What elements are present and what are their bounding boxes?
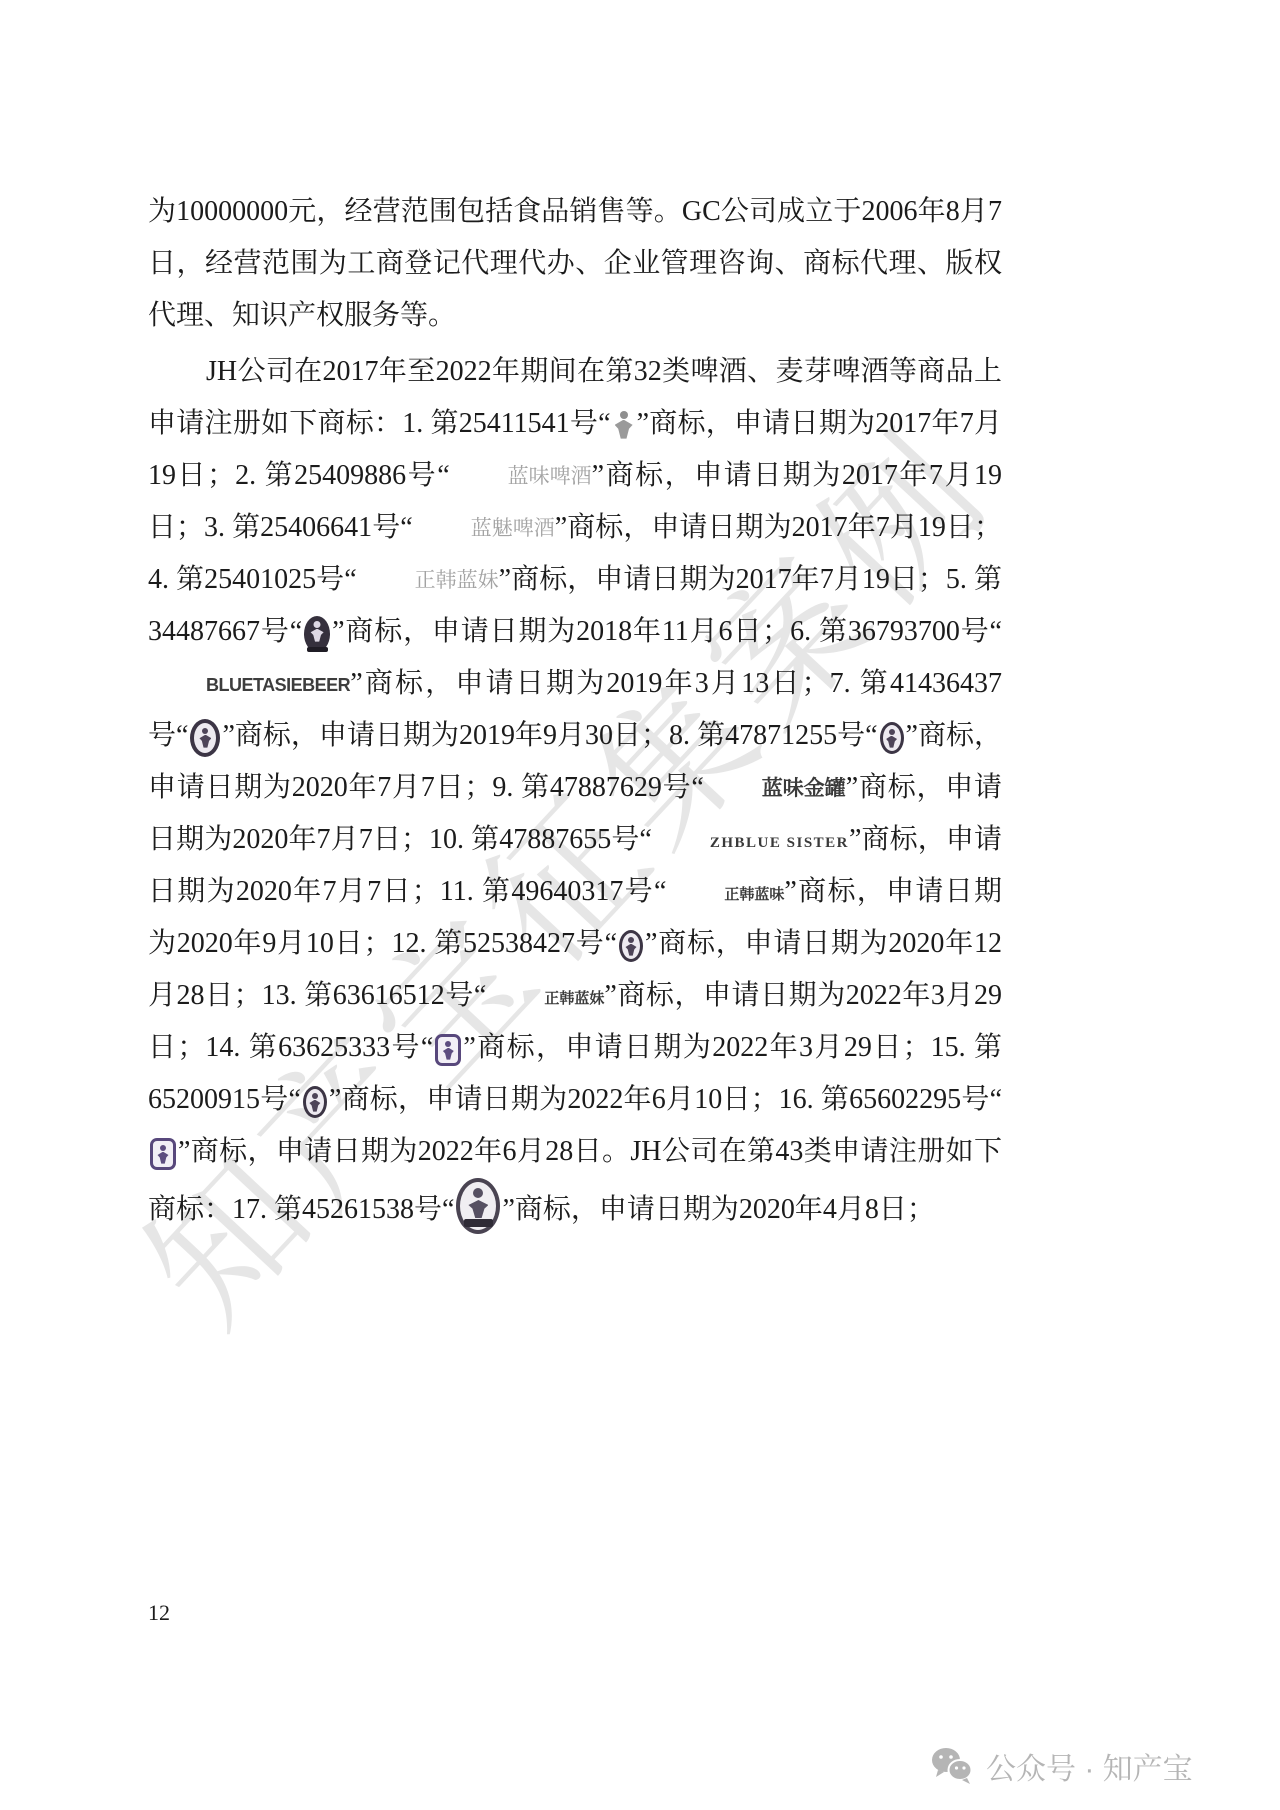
trademark-badge-logo-34487667 <box>304 616 330 652</box>
trademark-badge-logo-63625333 <box>435 1034 461 1066</box>
trademark-badge-logo-47871255 <box>880 722 904 754</box>
trademark-badge-logo-45261538 <box>456 1178 500 1234</box>
trademark-text-logo-49640317: 正韩蓝味 <box>666 888 784 903</box>
trademark-text-logo-47887629: 蓝味金罐 <box>704 778 846 799</box>
paragraph-trademark-list: JH公司在2017年至2022年期间在第32类啤酒、麦芽啤酒等商品上申请注册如下… <box>148 346 1002 1236</box>
body-text: 为10000000元，经营范围包括食品销售等。GC公司成立于2006年8月7日，… <box>148 196 1002 331</box>
body-text: ”商标，申请日期为2018年11月6日；6. 第36793700号“ <box>332 616 1002 647</box>
trademark-badge-logo-41436437 <box>190 719 220 757</box>
page-number: 12 <box>148 1600 170 1626</box>
trademark-badge-logo-52538427 <box>619 930 643 962</box>
footer: 公众号 · 知产宝 <box>928 1744 1193 1788</box>
footer-label: 公众号 · 知产宝 <box>986 1744 1193 1788</box>
trademark-text-logo-25409886: 蓝味啤酒 <box>450 466 592 487</box>
trademark-text-logo-36793700: BLUETASIEBEER <box>148 676 350 694</box>
trademark-badge-logo-65602295 <box>150 1138 176 1170</box>
body-text: ”商标，申请日期为2020年4月8日； <box>502 1194 934 1225</box>
trademark-figure-logo-25411541 <box>613 411 635 441</box>
document-body: 为10000000元，经营范围包括食品销售等。GC公司成立于2006年8月7日，… <box>148 186 1002 1236</box>
paragraph-company-info: 为10000000元，经营范围包括食品销售等。GC公司成立于2006年8月7日，… <box>148 186 1002 342</box>
wechat-icon <box>928 1746 976 1786</box>
body-text: ”商标，申请日期为2022年6月10日；16. 第65602295号“ <box>329 1084 1002 1115</box>
trademark-text-logo-63616512: 正韩蓝妹 <box>486 992 604 1007</box>
trademark-text-logo-25401025: 正韩蓝妹 <box>357 570 499 591</box>
trademark-text-logo-47887655: ZHBLUE SISTER <box>652 836 849 851</box>
trademark-text-logo-25406641: 蓝魅啤酒 <box>413 518 555 539</box>
body-text: ”商标，申请日期为2019年9月30日；8. 第47871255号“ <box>222 720 877 751</box>
trademark-badge-logo-65200915 <box>303 1086 327 1118</box>
document-page: 知产宝征集案例 为10000000元，经营范围包括食品销售等。GC公司成立于20… <box>0 0 1280 1810</box>
